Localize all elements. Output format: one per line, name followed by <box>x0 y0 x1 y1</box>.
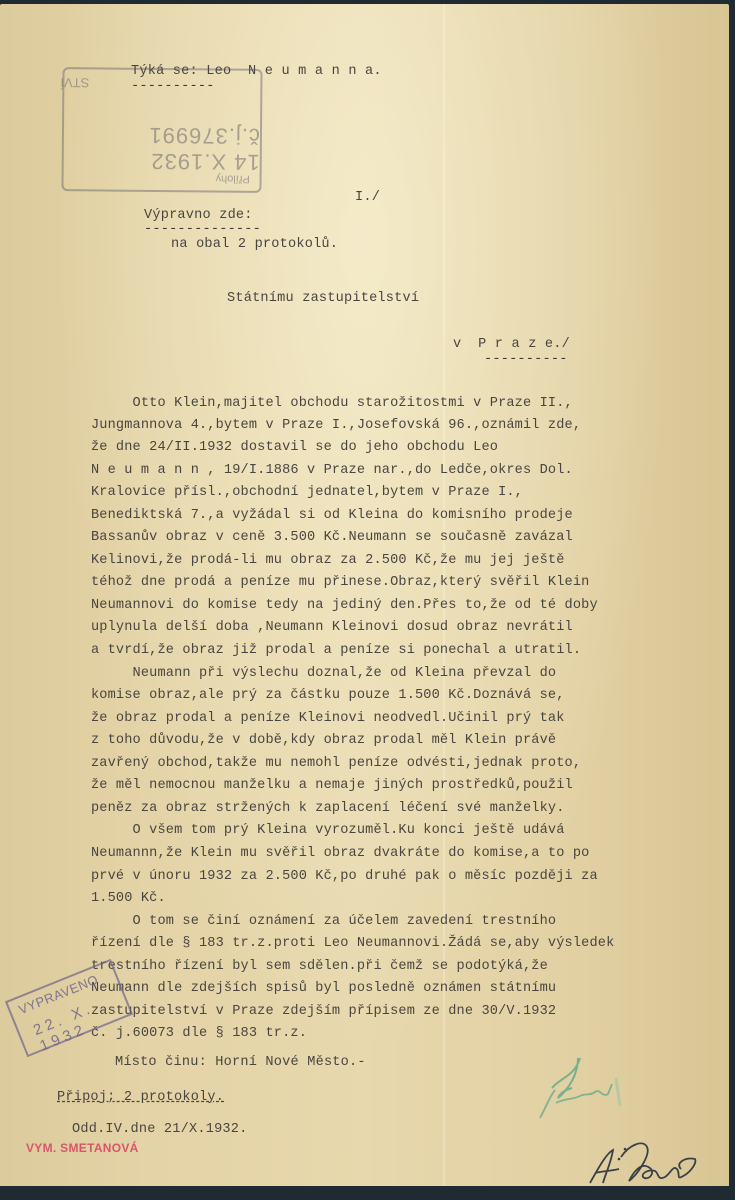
body-line: peněz za obraz stržených k zaplacení léč… <box>91 801 565 816</box>
body-line: Neumann při výslechu doznal,že od Kleina… <box>91 666 556 681</box>
attachment-note: Připoj; 2 protokoly. <box>57 1090 224 1105</box>
stamp-attachments-label: Přílohy <box>215 172 249 184</box>
body-line: O tom se činí oznámení za účelem zaveden… <box>91 914 556 929</box>
body-line: Bassanův obraz v ceně 3.500 Kč.Neumann s… <box>91 530 573 545</box>
body-line: č. j.60073 dle § 183 tr.z. <box>91 1026 307 1041</box>
subject-line: Týká se: Leo N e u m a n n a. <box>131 64 382 79</box>
green-signature-icon <box>520 1048 630 1128</box>
department-date: Odd.IV.dne 21/X.1932. <box>72 1122 248 1137</box>
body-line: zastupitelství v Praze zdejším přípisem … <box>91 1004 556 1019</box>
body-line: uplynula delší doba ,Neumann Kleinovi do… <box>91 620 573 635</box>
body-line: Otto Klein,majitel obchodu starožitostmi… <box>91 396 573 411</box>
body-line: že dne 24/II.1932 dostavil se do jeho ob… <box>91 440 498 455</box>
body-line: že měl nemocnou manželku a nemaje jiných… <box>91 778 573 793</box>
roman-numeral: I./ <box>355 190 380 205</box>
body-line: Jungmannova 4.,bytem v Praze I.,Josefovs… <box>91 418 581 433</box>
body-line: a tvrdí,že obraz již prodal a peníze si … <box>91 643 581 658</box>
body-line: Neumannovi do komise tedy na jediný den.… <box>91 598 598 613</box>
addressee-underline: ---------- <box>484 352 568 367</box>
addressee-office: Státnímu zastupitelství <box>227 291 419 306</box>
addressee-city: v P r a z e./ <box>453 337 570 352</box>
body-line: že obraz prodal a peníze Kleinovi neodve… <box>91 711 565 726</box>
body-line: Benediktská 7.,a vyžádal si od Kleina do… <box>91 508 573 523</box>
dispatch-underline: -------------- <box>144 222 261 237</box>
dispatch-label: Výpravno zde: <box>144 208 253 223</box>
body-line: N e u m a n n , 19/I.1886 v Praze nar.,d… <box>91 463 573 478</box>
dispatch-note: na obal 2 protokolů. <box>171 237 338 252</box>
stamp-reference-number: 14 X.1932 č.j.376991 <box>78 121 260 175</box>
body-line: Neumann dle zdejších spisů byl posledně … <box>91 981 556 996</box>
body-line: Kelinovi,že prodá-li mu obraz za 2.500 K… <box>91 553 565 568</box>
body-line: z toho důvodu,že v době,kdy obraz prodal… <box>91 733 556 748</box>
red-name-stamp: VYM. SMETANOVÁ <box>26 1141 139 1155</box>
body-line: O všem tom prý Kleina vyrozuměl.Ku konci… <box>91 823 565 838</box>
body-line: téhož dne prodá a peníze mu přinese.Obra… <box>91 575 589 590</box>
subject-label: Týká se: <box>131 64 198 79</box>
crime-location: Místo činu: Horní Nové Město.- <box>115 1055 366 1070</box>
scan-edge-bottom <box>0 1186 735 1200</box>
scan-edge-right <box>729 0 735 1200</box>
body-line: Neumannn,že Klein mu svěřil obraz dvakrá… <box>91 846 589 861</box>
body-line: trestního řízení byl sem sdělen.při čemž… <box>91 959 548 974</box>
body-line: Kralovice přísl.,obchodní jednatel,bytem… <box>91 485 523 500</box>
body-line: prvé v únoru 1932 za 2.500 Kč,po druhé p… <box>91 869 598 884</box>
stamp-corner-text: STVÍ <box>60 75 89 90</box>
subject-underline: ---------- <box>131 79 215 94</box>
body-line: zavřený obchod,takže mu nemohl peníze od… <box>91 756 581 771</box>
subject-name: Leo N e u m a n n a. <box>206 64 382 79</box>
body-line: 1.500 Kč. <box>91 891 166 906</box>
body-line: komise obraz,ale prý za částku pouze 1.5… <box>91 688 565 703</box>
body-line: řízení dle § 183 tr.z.proti Leo Neumanno… <box>91 936 614 951</box>
